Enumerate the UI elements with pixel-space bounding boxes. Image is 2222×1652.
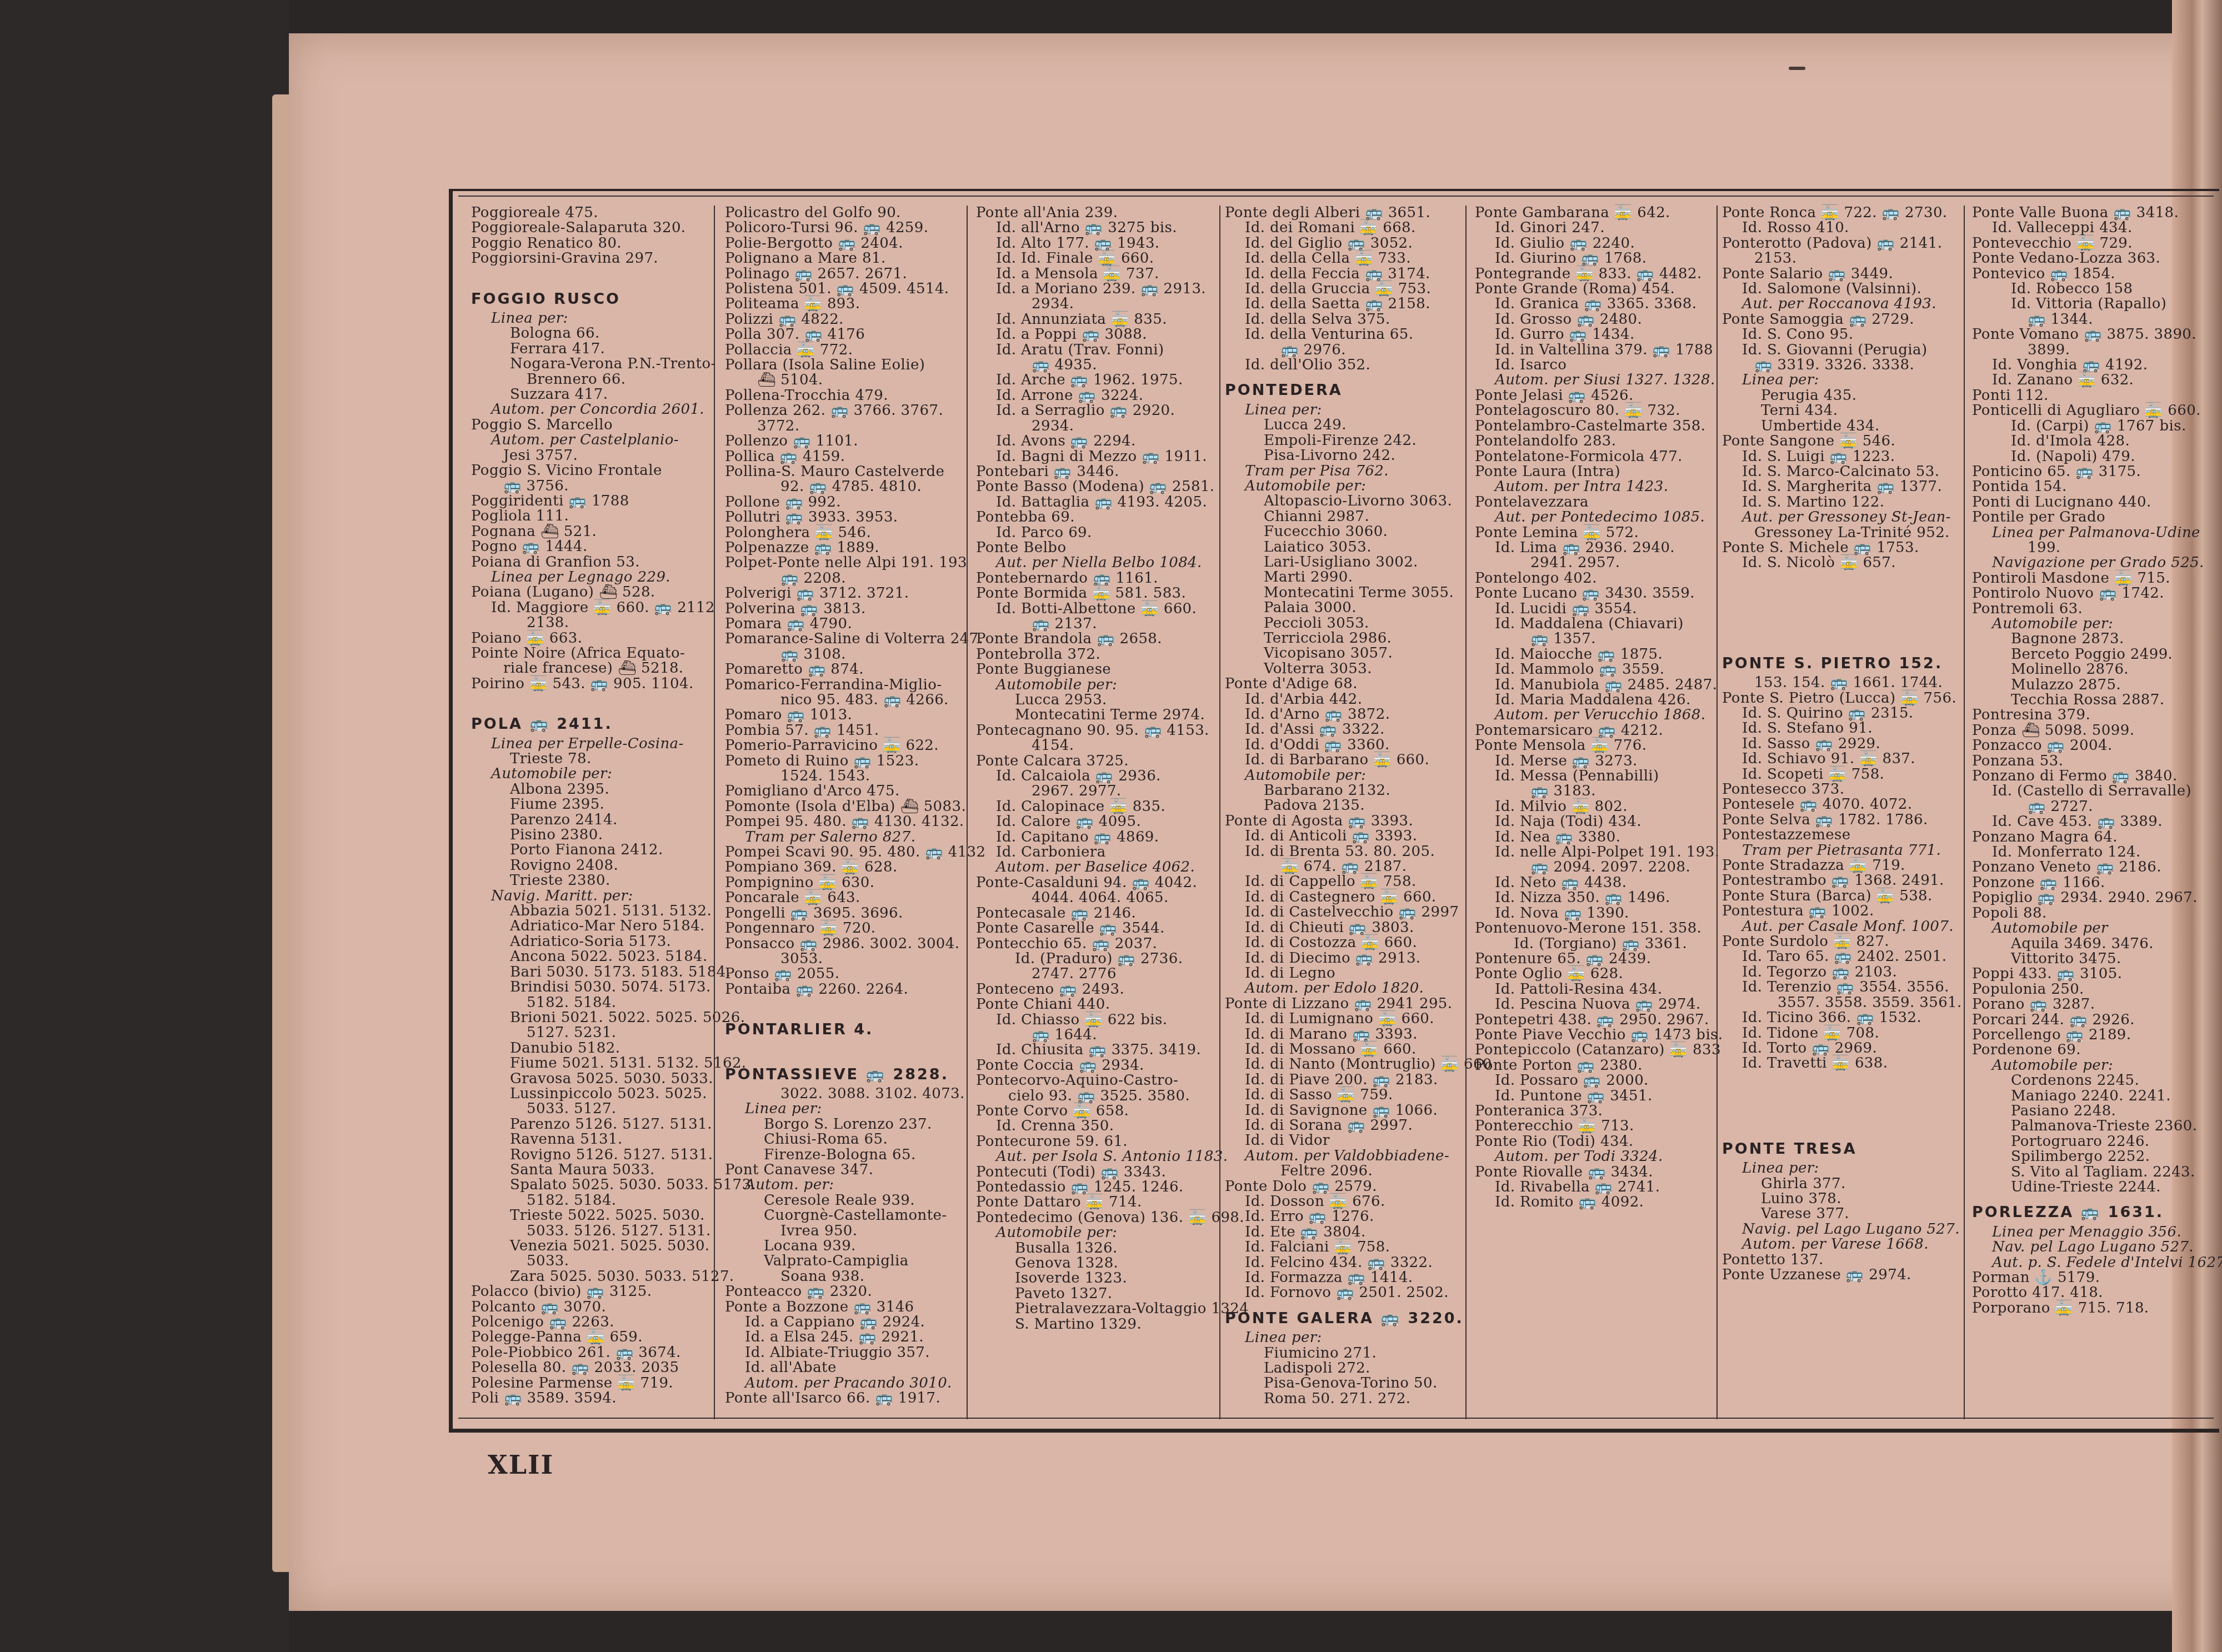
index-entry: Parenzo 5126. 5127. 5131.: [471, 1117, 715, 1132]
index-entry: Linea per:: [1225, 1330, 1469, 1345]
index-entry: Chiusi-Roma 65.: [725, 1132, 969, 1147]
index-entry: Politeama 🚋 893.: [725, 297, 969, 312]
index-entry: Pongelli 🚌 3695. 3696.: [725, 906, 969, 921]
index-entry: Pongennaro 🚋 720.: [725, 921, 969, 936]
index-entry: 92. 🚌 4785. 4810.: [725, 479, 969, 494]
index-entry: Id. Nizza 350. 🚌 1496.: [1475, 890, 1719, 905]
index-entry: Pollaccia 🚋 772.: [725, 343, 969, 358]
index-entry: Ponte d'Adige 68.: [1225, 677, 1469, 692]
index-entry: Ponte Selva 🚌 1782. 1786.: [1722, 813, 1966, 828]
index-entry: Id. a Mensola 🚋 737.: [976, 267, 1220, 282]
index-entry: Lari-Usigliano 3002.: [1225, 555, 1469, 570]
index-entry: Ponterecchio 🚋 713.: [1475, 1119, 1719, 1134]
index-column-7: Ponte Valle Buona 🚌 3418.Id. Valleceppi …: [1972, 206, 2216, 1419]
index-entry: Id. Mammolo 🚌 3559.: [1475, 662, 1719, 677]
index-entry: Soana 938.: [725, 1269, 969, 1284]
index-entry: Ponte Stradazza 🚋 719.: [1722, 858, 1966, 873]
index-entry: Pontecchio 65. 🚌 2037.: [976, 937, 1220, 952]
index-entry: Linea per:: [1225, 403, 1469, 418]
index-entry: Id. Valleceppi 434.: [1972, 221, 2216, 236]
index-entry: Id. Milvio 🚋 802.: [1475, 799, 1719, 814]
index-entry: Id. Maiocche 🚌 1875.: [1475, 647, 1719, 662]
index-entry: Id. Lucidi 🚌 3554.: [1475, 602, 1719, 617]
index-entry: Porano 🚌 3287.: [1972, 997, 2216, 1012]
index-entry: Terricciola 2986.: [1225, 631, 1469, 646]
section-heading: PONTASSIEVE 🚌 2828.: [725, 1067, 969, 1082]
index-entry: Polverina 🚌 3813.: [725, 602, 969, 617]
index-entry: Danubio 5182.: [471, 1041, 715, 1056]
index-entry: Pontebernardo 🚌 1161.: [976, 571, 1220, 586]
index-entry: Aut. p. S. Fedele d'Intelvi 1627.: [1972, 1255, 2216, 1270]
paper-mark: [1789, 67, 1805, 70]
index-entry: 153. 154. 🚌 1661. 1744.: [1722, 675, 1966, 690]
index-entry: 5182. 5184.: [471, 995, 715, 1010]
index-entry: Id. Granica 🚌 3365. 3368.: [1475, 297, 1719, 312]
index-entry: Nav. pel Lago Lugano 527.: [1972, 1240, 2216, 1255]
index-entry: Id. Felcino 434. 🚌 3322.: [1225, 1255, 1469, 1270]
index-entry: Tram per Pisa 762.: [1225, 464, 1469, 479]
index-entry: Barbarano 2132.: [1225, 783, 1469, 798]
index-entry: Id. Bagni di Mezzo 🚌 1911.: [976, 449, 1220, 464]
index-entry: Id. Robecco 158: [1972, 282, 2216, 297]
index-entry: Mulazzo 2875.: [1972, 678, 2216, 693]
index-entry: Borgo S. Lorenzo 237.: [725, 1117, 969, 1132]
index-entry: Empoli-Firenze 242.: [1225, 433, 1469, 448]
index-entry: Ponte Lemina 🚋 572.: [1475, 525, 1719, 540]
index-entry: Trieste 5022. 5025. 5030.: [471, 1208, 715, 1223]
index-entry: Pont Canavese 347.: [725, 1163, 969, 1178]
index-entry: Fiumicino 271.: [1225, 1346, 1469, 1361]
index-entry: Brioni 5021. 5022. 5025. 5026.: [471, 1010, 715, 1025]
index-entry: Id. S. Quirino 🚌 2315.: [1722, 706, 1966, 721]
index-entry: Id. Botti-Albettone 🚋 660.: [976, 602, 1220, 617]
index-entry: Aut. per Niella Belbo 1084.: [976, 555, 1220, 570]
index-entry: 🚌 2094. 2097. 2208.: [1475, 860, 1719, 875]
index-entry: Pometo di Ruino 🚌 1523.: [725, 754, 969, 769]
index-entry: Ponte Dattaro 🚋 714.: [976, 1195, 1220, 1210]
index-entry: Id. Maria Maddalena 426.: [1475, 693, 1719, 708]
index-entry: Tram per Salerno 827.: [725, 830, 969, 845]
index-entry: Rovigno 2408.: [471, 858, 715, 873]
index-entry: Pomigliano d'Arco 475.: [725, 784, 969, 799]
index-entry: 5033. 5127.: [471, 1102, 715, 1117]
index-entry: Ivrea 950.: [725, 1224, 969, 1239]
index-entry: 🚌 1344.: [1972, 312, 2216, 327]
index-entry: Id. S. Martino 122.: [1722, 495, 1966, 510]
index-entry: Aut. per Casale Monf. 1007.: [1722, 919, 1966, 934]
index-entry: Poncarale 🚋 643.: [725, 890, 969, 905]
index-entry: Chianni 2987.: [1225, 509, 1469, 524]
index-entry: riale francese) ⛴ 5218.: [471, 661, 715, 676]
index-entry: Navig. Maritt. per:: [471, 889, 715, 904]
index-entry: Id. di Lumignano 🚋 660.: [1225, 1012, 1469, 1027]
index-entry: 3053.: [725, 952, 969, 967]
index-entry: Id. Ginori 247.: [1475, 221, 1719, 236]
index-entry: Vittorito 3475.: [1972, 952, 2216, 967]
index-entry: Ponteranica 373.: [1475, 1104, 1719, 1119]
index-entry: Brindisi 5030. 5074. 5173.: [471, 980, 715, 995]
index-entry: Id. Grosso 🚌 2480.: [1475, 312, 1719, 327]
index-entry: Autom. per:: [725, 1178, 969, 1193]
index-entry: Id. S. Giovanni (Perugia): [1722, 343, 1966, 358]
index-entry: 3557. 3558. 3559. 3561.: [1722, 995, 1966, 1010]
index-entry: Id. della Cella 🚋 733.: [1225, 251, 1469, 266]
section-heading: FOGGIO RUSCO: [471, 292, 715, 307]
index-entry: Pomarico-Ferrandina-Miglio-: [725, 678, 969, 693]
index-entry: Ponterotto (Padova) 🚌 2141.: [1722, 236, 1966, 251]
index-entry: Ponte Dolo 🚌 2579.: [1225, 1179, 1469, 1194]
index-entry: Id. di Barbarano 🚋 660.: [1225, 753, 1469, 768]
section-heading: PONTEDERA: [1225, 383, 1469, 398]
index-entry: Pontepetri 438. 🚌 2950. 2967.: [1475, 1013, 1719, 1028]
index-entry: Pollara (Isola Saline Eolie): [725, 358, 969, 373]
index-entry: Ladispoli 272.: [1225, 1361, 1469, 1376]
index-entry: Id. d'Arbia 442.: [1225, 692, 1469, 707]
index-entry: 5182. 5184.: [471, 1193, 715, 1208]
spacer: [1722, 1102, 1966, 1117]
index-entry: Pontecurone 59. 61.: [976, 1134, 1220, 1149]
spacer: [1722, 601, 1966, 616]
frame-inner-rule-top: [458, 196, 2214, 197]
index-entry: Ponte Lucano 🚌 3430. 3559.: [1475, 586, 1719, 601]
index-entry: Id. a Moriano 239. 🚌 2913.: [976, 282, 1220, 297]
index-entry: Id. dell'Olio 352.: [1225, 358, 1469, 373]
index-entry: Ponte degli Alberi 🚌 3651.: [1225, 206, 1469, 221]
index-entry: Navigazione per Grado 525.: [1972, 555, 2216, 570]
index-entry: 🚋 674. 🚌 2187.: [1225, 859, 1469, 874]
index-entry: Polpenazze 🚌 1889.: [725, 540, 969, 555]
index-entry: Padova 2135.: [1225, 798, 1469, 813]
index-entry: cielo 93. 🚌 3525. 3580.: [976, 1089, 1220, 1104]
index-entry: 1524. 1543.: [725, 769, 969, 784]
index-entry: Id. Fornovo 🚌 2501. 2502.: [1225, 1285, 1469, 1300]
index-entry: Id. S. Luigi 🚌 1223.: [1722, 449, 1966, 464]
index-entry: Palmanova-Trieste 2360.: [1972, 1119, 2216, 1134]
index-entry: Brennero 66.: [471, 372, 715, 387]
index-entry: Tecchia Rossa 2887.: [1972, 693, 2216, 708]
index-entry: Id. a Poppi 🚌 3088.: [976, 327, 1220, 342]
index-entry: Ponte Valle Buona 🚌 3418.: [1972, 206, 2216, 221]
index-entry: Id. Giurino 🚌 1768.: [1475, 251, 1719, 266]
index-entry: Pisa-Livorno 242.: [1225, 448, 1469, 463]
index-entry: Porotto 417. 418.: [1972, 1285, 2216, 1300]
index-entry: Id. Maddalena (Chiavari): [1475, 617, 1719, 632]
index-entry: Id. Calcaiola 🚌 2936.: [976, 769, 1220, 784]
index-entry: Id. Capitano 🚌 4869.: [976, 830, 1220, 845]
index-entry: Pontebba 69.: [976, 510, 1220, 525]
index-entry: 🚌 3319. 3326. 3338.: [1722, 358, 1966, 373]
index-entry: Polesine Parmense 🚋 719.: [471, 1376, 715, 1391]
index-entry: Ponte Rio (Todi) 434.: [1475, 1134, 1719, 1149]
index-entry: Linea per:: [1722, 1161, 1966, 1176]
index-entry: Automobile per:: [1225, 479, 1469, 494]
index-entry: Polverigi 🚌 3712. 3721.: [725, 586, 969, 601]
index-entry: Id. Calopinace 🚋 835.: [976, 799, 1220, 814]
index-entry: Roma 50. 271. 272.: [1225, 1391, 1469, 1406]
index-entry: Id. Merse 🚌 3273.: [1475, 754, 1719, 769]
index-entry: Pontepiccolo (Catanzaro) 🚋 833: [1475, 1043, 1719, 1058]
index-entry: Ponteceno 🚌 2493.: [976, 982, 1220, 997]
index-entry: Pontida 154.: [1972, 479, 2216, 494]
index-entry: Ceresole Reale 939.: [725, 1193, 969, 1208]
index-entry: Pontecasale 🚌 2146.: [976, 906, 1220, 921]
index-entry: 5033. 5126. 5127. 5131.: [471, 1224, 715, 1239]
index-entry: Nogara-Verona P.N.-Trento-: [471, 357, 715, 372]
index-entry: Id. (Castello di Serravalle): [1972, 784, 2216, 799]
index-entry: Aut. per Pontedecimo 1085.: [1475, 510, 1719, 525]
spacer: [1722, 631, 1966, 646]
index-entry: Ferrara 417.: [471, 342, 715, 357]
column-divider: [714, 206, 715, 1419]
index-entry: Polla 307. 🚌 4176: [725, 327, 969, 342]
index-entry: Id. (Carpi) 🚌 1767 bis.: [1972, 419, 2216, 434]
index-entry: Id. di Castelvecchio 🚌 2997: [1225, 905, 1469, 920]
index-entry: Trieste 78.: [471, 752, 715, 767]
index-entry: Pointe Noire (Africa Equato-: [471, 646, 715, 661]
index-entry: Fucecchio 3060.: [1225, 524, 1469, 539]
index-entry: Id. S. Marco-Calcinato 53.: [1722, 464, 1966, 479]
index-entry: Id. Erro 🚌 1276.: [1225, 1209, 1469, 1224]
index-entry: Porcari 244. 🚌 2926.: [1972, 1013, 2216, 1028]
index-entry: Pontelambro-Castelmarte 358.: [1475, 419, 1719, 434]
index-entry: Id. Naja (Todi) 434.: [1475, 814, 1719, 829]
index-entry: Polonghera 🚋 546.: [725, 525, 969, 540]
index-entry: Pordenone 69.: [1972, 1043, 2216, 1058]
index-entry: Id. d'Arno 🚌 3872.: [1225, 707, 1469, 722]
index-entry: Pontedassio 🚌 1245. 1246.: [976, 1180, 1220, 1195]
index-entry: Policastro del Golfo 90.: [725, 206, 969, 221]
index-entry: Id. Crenna 350.: [976, 1119, 1220, 1134]
index-entry: Berceto Poggio 2499.: [1972, 647, 2216, 662]
index-entry: Id. Isarco: [1475, 358, 1719, 373]
index-entry: ⛴ 5104.: [725, 373, 969, 388]
index-entry: 3899.: [1972, 343, 2216, 358]
index-entry: Ponte Salario 🚌 3449.: [1722, 267, 1966, 282]
index-entry: Gressoney La-Trinité 952.: [1722, 525, 1966, 540]
index-entry: Ponte all'Isarco 66. 🚌 1917.: [725, 1391, 969, 1406]
index-entry: Id. Cave 453. 🚌 3389.: [1972, 814, 2216, 829]
index-entry: Ravenna 5131.: [471, 1132, 715, 1147]
index-entry: Pogno 🚌 1444.: [471, 539, 715, 554]
index-entry: Molinello 2876.: [1972, 662, 2216, 677]
section-heading: PONTE S. PIETRO 152.: [1722, 656, 1966, 671]
index-entry: Aut. per Roccanova 4193.: [1722, 297, 1966, 312]
index-entry: 🚌 3108.: [725, 647, 969, 662]
index-entry: Id. Dosson 🚋 676.: [1225, 1194, 1469, 1209]
index-entry: Pontestura 🚌 1002.: [1722, 904, 1966, 919]
index-entry: Linea per Erpelle-Cosina-: [471, 737, 715, 752]
index-entry: Ponticino 65. 🚌 3175.: [1972, 464, 2216, 479]
index-entry: Aquila 3469. 3476.: [1972, 937, 2216, 952]
index-entry: Ponte Sangone 🚋 546.: [1722, 434, 1966, 449]
index-entry: Autom. per Edolo 1820.: [1225, 981, 1469, 996]
index-entry: Poggiridenti 🚌 1788: [471, 494, 715, 509]
index-entry: Polcanto 🚌 3070.: [471, 1300, 715, 1315]
page-number: XLII: [488, 1450, 554, 1480]
index-entry: Luino 378.: [1722, 1192, 1966, 1207]
spacer: [725, 997, 969, 1012]
index-entry: Pisa-Genova-Torino 50.: [1225, 1376, 1469, 1391]
index-entry: Trieste 2380.: [471, 873, 715, 888]
index-entry: Lussinpiccolo 5023. 5025.: [471, 1087, 715, 1102]
index-entry: Varese 377.: [1722, 1207, 1966, 1222]
index-entry: Pisino 2380.: [471, 828, 715, 843]
index-entry: Ponte Buggianese: [976, 662, 1220, 677]
index-entry: Valprato-Campiglia: [725, 1254, 969, 1269]
index-entry: Pollone 🚌 992.: [725, 495, 969, 510]
index-entry: Pontevecchio 🚋 729.: [1972, 236, 2216, 251]
index-entry: Poiana di Granfion 53.: [471, 555, 715, 570]
section-heading: POLA 🚌 2411.: [471, 717, 715, 732]
index-entry: Ponte Brandola 🚌 2658.: [976, 632, 1220, 647]
index-entry: Pomerio-Parravicino 🚋 622.: [725, 738, 969, 753]
index-entry: Adriatico-Mar Nero 5184.: [471, 919, 715, 934]
index-entry: Albona 2395.: [471, 782, 715, 797]
index-entry: Pollica 🚌 4159.: [725, 449, 969, 464]
index-entry: 2967. 2977.: [976, 784, 1220, 799]
index-entry: Id. di Vidor: [1225, 1133, 1469, 1148]
index-entry: 🚌 1644.: [976, 1028, 1220, 1043]
index-entry: Udine-Trieste 2244.: [1972, 1180, 2216, 1195]
index-entry: Linea per:: [1722, 373, 1966, 388]
index-entry: Id. Nova 🚌 1390.: [1475, 906, 1719, 921]
spacer: [1722, 616, 1966, 631]
index-entry: Laiatico 3053.: [1225, 540, 1469, 555]
index-entry: Ponte Jelasi 🚌 4526.: [1475, 388, 1719, 403]
index-entry: Id. Tegorzo 🚌 2103.: [1722, 965, 1966, 980]
index-entry: 2941. 2957.: [1475, 555, 1719, 570]
index-entry: Id. Salomone (Valsinni).: [1722, 282, 1966, 297]
dark-background: [0, 0, 289, 1652]
index-entry: Ponte di Lizzano 🚌 2941 295.: [1225, 997, 1469, 1012]
section-heading: PORLEZZA 🚌 1631.: [1972, 1205, 2216, 1220]
index-entry: Linea per:: [471, 311, 715, 326]
index-entry: 🚌 2137.: [976, 617, 1220, 632]
index-entry: Id. di Anticoli 🚌 3393.: [1225, 829, 1469, 844]
index-entry: Autom. per Verucchio 1868.: [1475, 708, 1719, 723]
index-entry: Id. Avons 🚌 2294.: [976, 434, 1220, 449]
index-entry: 4044. 4064. 4065.: [976, 890, 1220, 905]
index-entry: Ponte-Casalduni 94. 🚌 4042.: [976, 875, 1220, 890]
index-entry: 2153.: [1722, 251, 1966, 266]
index-entry: Popoli 88.: [1972, 906, 2216, 921]
index-entry: Pontecagnano 90. 95. 🚌 4153.: [976, 723, 1220, 738]
index-entry: Pompei Scavi 90. 95. 480. 🚌 4132: [725, 845, 969, 860]
index-entry: Ponte Stura (Barca) 🚋 538.: [1722, 889, 1966, 904]
index-entry: Porporano 🚋 715. 718.: [1972, 1301, 2216, 1316]
index-entry: Pomonte (Isola d'Elba) ⛴ 5083.: [725, 799, 969, 814]
index-entry: Polinago 🚌 2657. 2671.: [725, 267, 969, 282]
index-entry: Marti 2990.: [1225, 570, 1469, 585]
index-entry: Pontestazzemese: [1722, 828, 1966, 843]
index-entry: Ancona 5022. 5023. 5184.: [471, 949, 715, 964]
index-entry: Automobile per:: [976, 1225, 1220, 1240]
index-entry: Ponteacco 🚌 2320.: [725, 1284, 969, 1299]
index-entry: Porto Fianona 2412.: [471, 843, 715, 858]
index-entry: Id. Puntone 🚌 3451.: [1475, 1089, 1719, 1104]
index-entry: Ponte Mensola 🚋 776.: [1475, 738, 1719, 753]
index-entry: 2747. 2776: [976, 967, 1220, 982]
index-entry: Lucca 2953.: [976, 693, 1220, 708]
index-entry: Id. Ticino 366. 🚌 1532.: [1722, 1010, 1966, 1025]
index-entry: Spalato 5025. 5030. 5033. 5173.: [471, 1178, 715, 1193]
index-entry: Pompiano 369. 🚋 628.: [725, 860, 969, 875]
index-entry: 5127. 5231.: [471, 1025, 715, 1040]
index-entry: Id. della Venturina 65.: [1225, 327, 1469, 342]
index-entry: Pontelandolfo 283.: [1475, 434, 1719, 449]
index-entry: Polistena 501. 🚌 4509. 4514.: [725, 282, 969, 297]
index-entry: Navig. pel Lago Lugano 527.: [1722, 1222, 1966, 1237]
index-column-4: Ponte degli Alberi 🚌 3651.Id. dei Romani…: [1225, 206, 1469, 1419]
index-entry: Umbertide 434.: [1722, 419, 1966, 434]
index-entry: Ponza ⛴ 5098. 5099.: [1972, 723, 2216, 738]
index-entry: Pontedecimo (Genova) 136. 🚋 698.: [976, 1210, 1220, 1225]
index-entry: Isoverde 1323.: [976, 1271, 1220, 1286]
index-entry: Ponte Porton 🚌 2380.: [1475, 1058, 1719, 1073]
index-entry: Populonia 250.: [1972, 982, 2216, 997]
index-entry: Policoro-Tursi 96. 🚌 4259.: [725, 221, 969, 236]
index-entry: Pomara 🚌 4790.: [725, 617, 969, 632]
index-entry: Ponte a Bozzone 🚌 3146: [725, 1300, 969, 1315]
index-entry: Ponte Uzzanese 🚌 2974.: [1722, 1268, 1966, 1283]
index-entry: Pontebrolla 372.: [976, 647, 1220, 662]
index-entry: Pompei 95. 480. 🚌 4130. 4132.: [725, 814, 969, 829]
index-entry: Porman ⚓ 5179.: [1972, 1270, 2216, 1285]
index-entry: Id. all'Arno 🚌 3275 bis.: [976, 221, 1220, 236]
index-entry: Vicopisano 3057.: [1225, 646, 1469, 661]
index-entry: 2934.: [976, 297, 1220, 312]
index-entry: Paveto 1327.: [976, 1286, 1220, 1301]
index-entry: Id. Possaro 🚌 2000.: [1475, 1073, 1719, 1088]
index-entry: Rovigno 5126. 5127. 5131.: [471, 1148, 715, 1163]
spacer: [1722, 1117, 1966, 1132]
index-entry: Polizzi 🚌 4822.: [725, 312, 969, 327]
index-entry: Autom. per Concordia 2601.: [471, 402, 715, 417]
index-entry: Id. Parco 69.: [976, 525, 1220, 540]
index-column-2: Policastro del Golfo 90.Policoro-Tursi 9…: [725, 206, 969, 1419]
index-entry: 🚌 3756.: [471, 479, 715, 494]
index-entry: Pontenure 65. 🚌 2439.: [1475, 952, 1719, 967]
index-entry: Porcellengo 🚌 2189.: [1972, 1028, 2216, 1043]
index-entry: Id. S. Nicolò 🚋 657.: [1722, 555, 1966, 570]
index-entry: Id. Manubiola 🚌 2485. 2487.: [1475, 678, 1719, 693]
index-entry: Ponzana 53.: [1972, 754, 2216, 769]
index-entry: Id. Calore 🚌 4095.: [976, 814, 1220, 829]
index-entry: Montecatini Terme 3055.: [1225, 585, 1469, 600]
index-entry: Id. del Giglio 🚌 3052.: [1225, 236, 1469, 251]
spacer: [1722, 571, 1966, 586]
index-entry: Id. di Mossano 🚋 660.: [1225, 1042, 1469, 1057]
index-entry: Autom. per Castelplanio-: [471, 433, 715, 448]
index-entry: 🚌 1357.: [1475, 632, 1719, 647]
index-entry: Id. Annunziata 🚋 835.: [976, 312, 1220, 327]
index-entry: Pontevico 🚌 1854.: [1972, 267, 2216, 282]
index-entry: Abbazia 5021. 5131. 5132.: [471, 904, 715, 919]
index-entry: Ponte Chiani 440.: [976, 997, 1220, 1012]
index-entry: Id. Formazza 🚌 1414.: [1225, 1270, 1469, 1285]
index-entry: Id. di Piave 200. 🚌 2183.: [1225, 1073, 1469, 1088]
spacer: [1722, 586, 1966, 601]
index-entry: Poggio S. Vicino Frontale: [471, 463, 715, 478]
index-entry: Pontenuovo-Merone 151. 358.: [1475, 921, 1719, 936]
column-divider: [1465, 206, 1467, 1419]
index-entry: 2138.: [471, 615, 715, 630]
index-entry: Id. Aratu (Trav. Fonni): [976, 343, 1220, 358]
index-entry: Pollenza 262. 🚌 3766. 3767.: [725, 403, 969, 418]
index-entry: Autom. per Valdobbiadene-: [1225, 1149, 1469, 1164]
index-entry: Aut. per Isola S. Antonio 1183.: [976, 1149, 1220, 1164]
index-entry: Ponte S. Michele 🚌 1753.: [1722, 540, 1966, 555]
